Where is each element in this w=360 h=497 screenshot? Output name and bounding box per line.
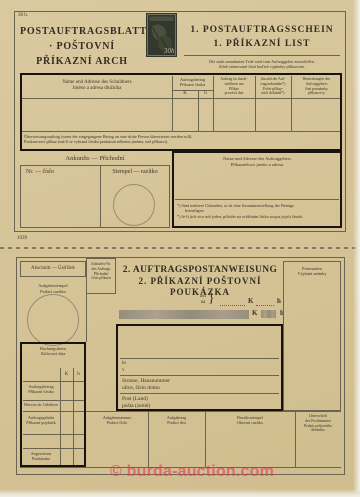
amount-column-header: Auftragsbetrag Příkazní částka xyxy=(172,77,213,88)
address-post-de: Post (Land) xyxy=(122,396,148,403)
booking-line-1 xyxy=(23,381,84,382)
address-name-line xyxy=(120,358,279,359)
posting-postmark-circle xyxy=(27,294,79,346)
footnote-divider xyxy=(175,199,339,200)
heading-divider xyxy=(184,55,340,56)
clerk-signature-header: Unterschrift des Postbeamten Podpis pošt… xyxy=(295,414,341,433)
sender-header-cs: Příkazatelovo jméno a adresa xyxy=(174,162,340,168)
stamp-value-text: 30h xyxy=(163,47,175,55)
fill-instructions-cs: Silně orámované části buďtež vyplněny př… xyxy=(183,64,341,69)
amount2-k: K xyxy=(252,309,257,317)
count-column-header: Anzahl der Auf- tragsurkunden*) Počet př… xyxy=(255,77,291,96)
amount-k: K xyxy=(248,297,253,305)
address-v-label: v xyxy=(122,368,125,374)
imprinted-stamp-30h: 30h xyxy=(146,13,177,57)
address-in-label: in xyxy=(122,361,126,367)
debtor-column-header: Name und Adresse des Schuldners Jméno a … xyxy=(22,80,172,93)
header-bottom-line xyxy=(22,98,340,99)
denomination-label: 30 h. xyxy=(18,13,28,19)
booking-k-header: K xyxy=(60,372,73,378)
obliterated-band xyxy=(119,310,249,319)
booking-line-3 xyxy=(23,411,84,412)
booking-header: Buchungsdaten Zúčtovací data xyxy=(20,346,86,357)
posting-number-header: Aufgabenummer Podací číslo xyxy=(86,415,148,426)
perforation-line xyxy=(0,247,360,249)
sender-header: Name und Adresse des Auftraggebers Příka… xyxy=(174,156,340,168)
debtor-header-cs: Jméno a adresa dlužníka xyxy=(22,86,172,92)
booking-h-line xyxy=(73,368,74,465)
address-street-de: Strasse, Hausnummer xyxy=(122,378,170,385)
amount-fill-line-h xyxy=(256,305,274,306)
booking-row-remitted: Angewiesen Poukázáno xyxy=(22,451,60,462)
address-post-cs: pošta (země) xyxy=(122,403,150,410)
transfer-note: Überweisungsauftrag (wenn der eingegange… xyxy=(24,134,340,145)
card1-heading: 1. POSTAUFTRAGSSCHEIN 1. PŘÍKAZNÍ LIST xyxy=(184,23,340,51)
booking-line-4 xyxy=(23,434,84,435)
card2-heading-de: 2. AUFTRAGSPOSTANWEISUNG xyxy=(112,264,288,276)
district-stamp-header: Bezirksstempel Okresní razítko xyxy=(205,415,295,426)
address-place-line xyxy=(120,375,279,376)
clerk-signature-line4: úředníka xyxy=(295,428,341,433)
count-line4: ních dokladů*) xyxy=(255,91,291,96)
booking-line-5 xyxy=(23,448,84,449)
booking-row-fee: Auftragsgebühr Příkazní poplatek xyxy=(22,415,60,426)
form-number: 1939 xyxy=(17,236,27,242)
auction-watermark: © burda-auction.com xyxy=(110,463,274,481)
postage-stamps-box xyxy=(283,261,341,411)
form-title-line1: POSTAUFTRAGSBLATT xyxy=(20,24,144,39)
linden-stamp-graphic: 30h xyxy=(146,13,177,57)
arrival-no-line4: číslo příkazu xyxy=(87,276,115,281)
card1-heading-de: 1. POSTAUFTRAGSSCHEIN xyxy=(184,23,340,37)
transfer-note-cs: Poukazovací příkaz (má-li se vybraná čás… xyxy=(24,139,340,144)
scan-edge-bottom xyxy=(0,489,360,497)
postal-form-scan: 30 h. POSTAUFTRAGSBLATT · POŠTOVNÍ PŘÍKA… xyxy=(0,0,360,497)
postage-stamps-cs: Výplatní známky xyxy=(283,271,341,276)
district-stamp-cs: Okresní razítko xyxy=(205,420,295,425)
obliterated-band-small xyxy=(261,310,276,318)
booking-remitted-cs: Poukázáno xyxy=(22,456,60,461)
form-title-line2: · POŠTOVNÍ xyxy=(20,39,144,54)
posting-day-cs: Podací den xyxy=(148,420,205,425)
card2-heading-cs1: 2. PŘÍKAZNÍ POŠTOVNÍ xyxy=(112,276,288,287)
form-title: POSTAUFTRAGSBLATT · POŠTOVNÍ PŘÍKAZNÍ AR… xyxy=(20,24,144,69)
arrival-number-label: Nr. — číslo xyxy=(26,169,54,177)
booking-row-deduct: Hiervon ab: Gebühren xyxy=(22,403,60,408)
booking-line-2 xyxy=(23,400,84,401)
arrival-title: Ankunfts — Příchodní xyxy=(20,155,170,163)
remarks-column-header: Bemerkungen des Auftraggebers Jiné pozná… xyxy=(291,77,342,96)
body-bottom-line xyxy=(22,131,340,132)
arrival-no-line2: des Auftrags xyxy=(87,267,115,272)
booking-amount-cs: Příkazní částka xyxy=(22,389,60,394)
remarks-line4: příkazcovy xyxy=(291,91,342,96)
fill-instructions: Die stark umrahmten Teile sind vom Auftr… xyxy=(183,59,341,70)
execute-column-header: Auftrag ist durch- zuführen am Příkaz pr… xyxy=(213,77,255,96)
address-street-cs: ulice, číslo domu xyxy=(122,385,160,392)
amount-fill-line xyxy=(220,305,245,306)
amount-h: h xyxy=(277,297,281,305)
posting-number-cs: Podací číslo xyxy=(86,420,148,425)
arrival-stamp-label: Stempel — razítko xyxy=(101,169,169,177)
currency-k-header: K xyxy=(172,91,198,97)
booking-k-line xyxy=(60,368,61,465)
section-box: Abschnitt — Ústřižek xyxy=(20,261,86,277)
postage-stamps-label: Postmarken Výplatní známky xyxy=(283,266,341,277)
card2-heading: 2. AUFTRAGSPOSTANWEISUNG 2. PŘÍKAZNÍ POŠ… xyxy=(112,264,288,298)
card1-heading-cs: 1. PŘÍKAZNÍ LIST xyxy=(184,37,340,51)
footnote-cs: *) Je-li jich více než jeden, přiložte n… xyxy=(177,214,339,219)
address-street-line xyxy=(120,393,279,394)
amount-header-cs: Příkazní částka xyxy=(172,82,213,87)
booking-header-cs: Zúčtovací data xyxy=(20,351,86,356)
form-title-line3: PŘÍKAZNÍ ARCH xyxy=(20,54,144,69)
booking-h-header: h xyxy=(73,372,84,378)
booking-row-amount: Auftragsbetrag Příkazní částka xyxy=(22,384,60,395)
currency-h-header: h xyxy=(198,91,213,97)
strip-top-line xyxy=(86,411,341,412)
execute-line4: provésti dne xyxy=(213,91,255,96)
section-label: Abschnitt — Ústřižek xyxy=(21,266,85,272)
footnotes: *) Sind mehrere Urkunden, so ist eine Zu… xyxy=(177,203,339,219)
scan-edge-right xyxy=(353,0,360,497)
posting-day-header: Aufgabetag Podací den xyxy=(148,415,205,426)
brace-glyph: } xyxy=(208,291,215,307)
booking-fee-cs: Příkazní poplatek xyxy=(22,420,60,425)
arrival-postmark-circle xyxy=(113,184,155,226)
